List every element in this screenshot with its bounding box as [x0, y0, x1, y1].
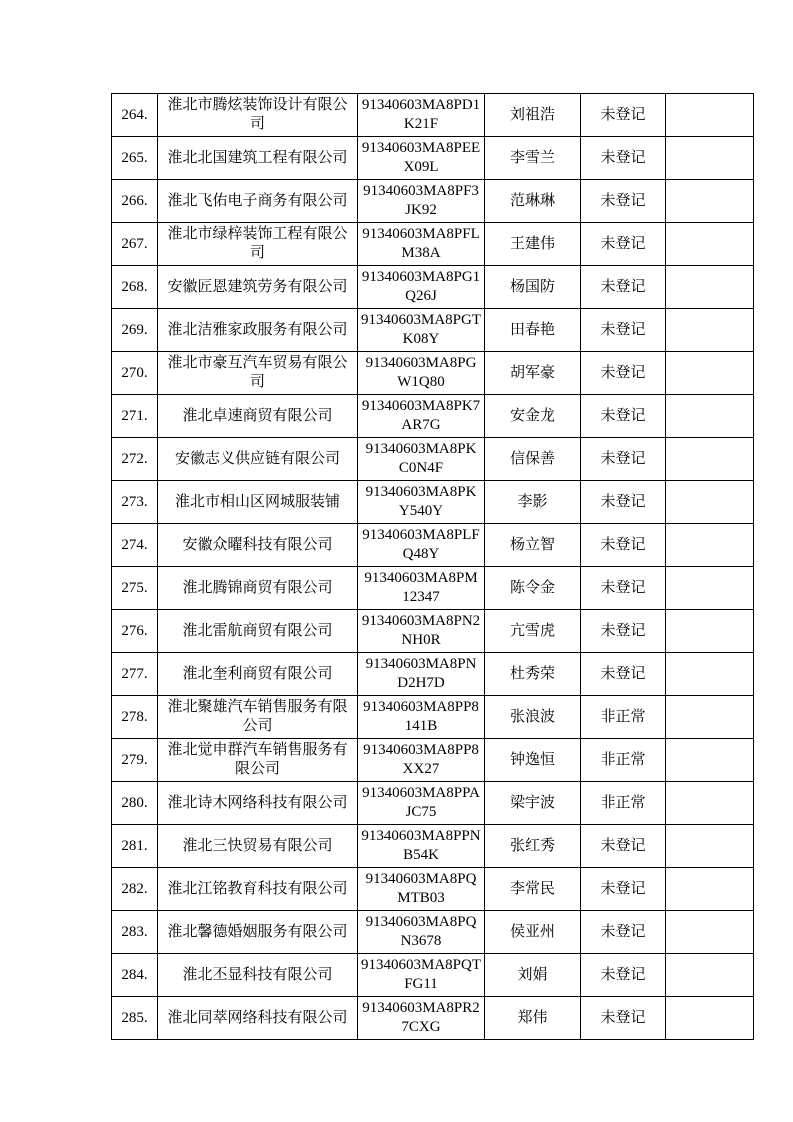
table-row: 270. 淮北市豪互汽车贸易有限公司 91340603MA8PGW1Q80 胡军… — [112, 352, 754, 395]
empty-cell — [666, 266, 754, 309]
status-cell: 未登记 — [581, 954, 666, 997]
status-cell: 未登记 — [581, 395, 666, 438]
status-cell: 未登记 — [581, 825, 666, 868]
person-name-cell: 梁宇波 — [485, 782, 581, 825]
row-number-cell: 279. — [112, 739, 158, 782]
status-cell: 未登记 — [581, 610, 666, 653]
status-cell: 非正常 — [581, 696, 666, 739]
row-number-cell: 273. — [112, 481, 158, 524]
row-number-cell: 265. — [112, 137, 158, 180]
credit-code-cell: 91340603MA8PQN3678 — [358, 911, 485, 954]
empty-cell — [666, 481, 754, 524]
table-row: 264. 淮北市腾炫装饰设计有限公司 91340603MA8PD1K21F 刘祖… — [112, 94, 754, 137]
table-body: 264. 淮北市腾炫装饰设计有限公司 91340603MA8PD1K21F 刘祖… — [112, 94, 754, 1040]
status-cell: 未登记 — [581, 352, 666, 395]
company-name-cell: 淮北丕显科技有限公司 — [158, 954, 358, 997]
empty-cell — [666, 739, 754, 782]
credit-code-cell: 91340603MA8PR27CXG — [358, 997, 485, 1040]
table-row: 274. 安徽众曜科技有限公司 91340603MA8PLFQ48Y 杨立智 未… — [112, 524, 754, 567]
empty-cell — [666, 395, 754, 438]
empty-cell — [666, 223, 754, 266]
company-name-cell: 淮北觉申群汽车销售服务有限公司 — [158, 739, 358, 782]
empty-cell — [666, 825, 754, 868]
table-row: 273. 淮北市相山区网城服装铺 91340603MA8PKY540Y 李影 未… — [112, 481, 754, 524]
status-cell: 未登记 — [581, 997, 666, 1040]
credit-code-cell: 91340603MA8PKY540Y — [358, 481, 485, 524]
company-name-cell: 淮北卓速商贸有限公司 — [158, 395, 358, 438]
empty-cell — [666, 352, 754, 395]
company-name-cell: 淮北聚雄汽车销售服务有限公司 — [158, 696, 358, 739]
credit-code-cell: 91340603MA8PPAJC75 — [358, 782, 485, 825]
row-number-cell: 285. — [112, 997, 158, 1040]
status-cell: 未登记 — [581, 223, 666, 266]
status-cell: 未登记 — [581, 180, 666, 223]
table-row: 272. 安徽志义供应链有限公司 91340603MA8PKC0N4F 信保善 … — [112, 438, 754, 481]
credit-code-cell: 91340603MA8PGW1Q80 — [358, 352, 485, 395]
person-name-cell: 钟逸恒 — [485, 739, 581, 782]
status-cell: 未登记 — [581, 567, 666, 610]
empty-cell — [666, 997, 754, 1040]
status-cell: 未登记 — [581, 137, 666, 180]
status-cell: 非正常 — [581, 739, 666, 782]
table-row: 284. 淮北丕显科技有限公司 91340603MA8PQTFG11 刘娟 未登… — [112, 954, 754, 997]
status-cell: 未登记 — [581, 911, 666, 954]
row-number-cell: 274. — [112, 524, 158, 567]
company-name-cell: 淮北北国建筑工程有限公司 — [158, 137, 358, 180]
credit-code-cell: 91340603MA8PN2NH0R — [358, 610, 485, 653]
person-name-cell: 张红秀 — [485, 825, 581, 868]
person-name-cell: 亢雪虎 — [485, 610, 581, 653]
empty-cell — [666, 309, 754, 352]
table-row: 278. 淮北聚雄汽车销售服务有限公司 91340603MA8PP8141B 张… — [112, 696, 754, 739]
credit-code-cell: 91340603MA8PK7AR7G — [358, 395, 485, 438]
row-number-cell: 283. — [112, 911, 158, 954]
person-name-cell: 范琳琳 — [485, 180, 581, 223]
row-number-cell: 267. — [112, 223, 158, 266]
company-registry-table: 264. 淮北市腾炫装饰设计有限公司 91340603MA8PD1K21F 刘祖… — [111, 93, 754, 1040]
person-name-cell: 杨国防 — [485, 266, 581, 309]
person-name-cell: 信保善 — [485, 438, 581, 481]
company-name-cell: 淮北市绿梓装饰工程有限公司 — [158, 223, 358, 266]
person-name-cell: 安金龙 — [485, 395, 581, 438]
person-name-cell: 郑伟 — [485, 997, 581, 1040]
status-cell: 未登记 — [581, 481, 666, 524]
empty-cell — [666, 438, 754, 481]
row-number-cell: 284. — [112, 954, 158, 997]
person-name-cell: 胡军豪 — [485, 352, 581, 395]
company-name-cell: 淮北市腾炫装饰设计有限公司 — [158, 94, 358, 137]
row-number-cell: 269. — [112, 309, 158, 352]
table-row: 282. 淮北江铭教育科技有限公司 91340603MA8PQMTB03 李常民… — [112, 868, 754, 911]
empty-cell — [666, 137, 754, 180]
row-number-cell: 271. — [112, 395, 158, 438]
status-cell: 未登记 — [581, 94, 666, 137]
row-number-cell: 277. — [112, 653, 158, 696]
table-row: 275. 淮北腾锦商贸有限公司 91340603MA8PM12347 陈令金 未… — [112, 567, 754, 610]
table-row: 268. 安徽匠恩建筑劳务有限公司 91340603MA8PG1Q26J 杨国防… — [112, 266, 754, 309]
credit-code-cell: 91340603MA8PEEX09L — [358, 137, 485, 180]
table-row: 279. 淮北觉申群汽车销售服务有限公司 91340603MA8PP8XX27 … — [112, 739, 754, 782]
credit-code-cell: 91340603MA8PP8141B — [358, 696, 485, 739]
company-name-cell: 淮北奎利商贸有限公司 — [158, 653, 358, 696]
person-name-cell: 刘祖浩 — [485, 94, 581, 137]
person-name-cell: 张浪波 — [485, 696, 581, 739]
empty-cell — [666, 94, 754, 137]
company-name-cell: 安徽志义供应链有限公司 — [158, 438, 358, 481]
table-row: 276. 淮北雷航商贸有限公司 91340603MA8PN2NH0R 亢雪虎 未… — [112, 610, 754, 653]
empty-cell — [666, 696, 754, 739]
row-number-cell: 266. — [112, 180, 158, 223]
credit-code-cell: 91340603MA8PLFQ48Y — [358, 524, 485, 567]
person-name-cell: 李影 — [485, 481, 581, 524]
person-name-cell: 李常民 — [485, 868, 581, 911]
company-name-cell: 淮北馨德婚姻服务有限公司 — [158, 911, 358, 954]
company-name-cell: 淮北江铭教育科技有限公司 — [158, 868, 358, 911]
empty-cell — [666, 567, 754, 610]
company-name-cell: 淮北洁雅家政服务有限公司 — [158, 309, 358, 352]
status-cell: 未登记 — [581, 438, 666, 481]
status-cell: 未登记 — [581, 524, 666, 567]
status-cell: 未登记 — [581, 266, 666, 309]
empty-cell — [666, 653, 754, 696]
document-page: 264. 淮北市腾炫装饰设计有限公司 91340603MA8PD1K21F 刘祖… — [0, 0, 793, 1122]
person-name-cell: 刘娟 — [485, 954, 581, 997]
empty-cell — [666, 610, 754, 653]
table-row: 271. 淮北卓速商贸有限公司 91340603MA8PK7AR7G 安金龙 未… — [112, 395, 754, 438]
person-name-cell: 杨立智 — [485, 524, 581, 567]
empty-cell — [666, 180, 754, 223]
credit-code-cell: 91340603MA8PP8XX27 — [358, 739, 485, 782]
company-name-cell: 淮北三快贸易有限公司 — [158, 825, 358, 868]
person-name-cell: 杜秀荣 — [485, 653, 581, 696]
status-cell: 未登记 — [581, 868, 666, 911]
company-name-cell: 安徽匠恩建筑劳务有限公司 — [158, 266, 358, 309]
person-name-cell: 李雪兰 — [485, 137, 581, 180]
empty-cell — [666, 911, 754, 954]
empty-cell — [666, 954, 754, 997]
company-name-cell: 淮北市豪互汽车贸易有限公司 — [158, 352, 358, 395]
company-name-cell: 淮北腾锦商贸有限公司 — [158, 567, 358, 610]
row-number-cell: 282. — [112, 868, 158, 911]
row-number-cell: 278. — [112, 696, 158, 739]
table-row: 280. 淮北诗木网络科技有限公司 91340603MA8PPAJC75 梁宇波… — [112, 782, 754, 825]
row-number-cell: 281. — [112, 825, 158, 868]
person-name-cell: 侯亚州 — [485, 911, 581, 954]
credit-code-cell: 91340603MA8PD1K21F — [358, 94, 485, 137]
row-number-cell: 276. — [112, 610, 158, 653]
row-number-cell: 268. — [112, 266, 158, 309]
status-cell: 未登记 — [581, 653, 666, 696]
table-row: 266. 淮北飞佑电子商务有限公司 91340603MA8PF3JK92 范琳琳… — [112, 180, 754, 223]
table-row: 267. 淮北市绿梓装饰工程有限公司 91340603MA8PFLM38A 王建… — [112, 223, 754, 266]
company-name-cell: 淮北市相山区网城服装铺 — [158, 481, 358, 524]
company-name-cell: 淮北诗木网络科技有限公司 — [158, 782, 358, 825]
credit-code-cell: 91340603MA8PKC0N4F — [358, 438, 485, 481]
credit-code-cell: 91340603MA8PM12347 — [358, 567, 485, 610]
company-name-cell: 淮北飞佑电子商务有限公司 — [158, 180, 358, 223]
empty-cell — [666, 524, 754, 567]
row-number-cell: 270. — [112, 352, 158, 395]
row-number-cell: 272. — [112, 438, 158, 481]
credit-code-cell: 91340603MA8PQTFG11 — [358, 954, 485, 997]
company-name-cell: 淮北同萃网络科技有限公司 — [158, 997, 358, 1040]
credit-code-cell: 91340603MA8PF3JK92 — [358, 180, 485, 223]
credit-code-cell: 91340603MA8PFLM38A — [358, 223, 485, 266]
table-row: 269. 淮北洁雅家政服务有限公司 91340603MA8PGTK08Y 田春艳… — [112, 309, 754, 352]
row-number-cell: 264. — [112, 94, 158, 137]
person-name-cell: 田春艳 — [485, 309, 581, 352]
credit-code-cell: 91340603MA8PPNB54K — [358, 825, 485, 868]
status-cell: 未登记 — [581, 309, 666, 352]
table-row: 285. 淮北同萃网络科技有限公司 91340603MA8PR27CXG 郑伟 … — [112, 997, 754, 1040]
credit-code-cell: 91340603MA8PQMTB03 — [358, 868, 485, 911]
person-name-cell: 陈令金 — [485, 567, 581, 610]
company-name-cell: 安徽众曜科技有限公司 — [158, 524, 358, 567]
credit-code-cell: 91340603MA8PND2H7D — [358, 653, 485, 696]
person-name-cell: 王建伟 — [485, 223, 581, 266]
credit-code-cell: 91340603MA8PGTK08Y — [358, 309, 485, 352]
table-row: 277. 淮北奎利商贸有限公司 91340603MA8PND2H7D 杜秀荣 未… — [112, 653, 754, 696]
status-cell: 非正常 — [581, 782, 666, 825]
table-row: 265. 淮北北国建筑工程有限公司 91340603MA8PEEX09L 李雪兰… — [112, 137, 754, 180]
row-number-cell: 275. — [112, 567, 158, 610]
table-row: 283. 淮北馨德婚姻服务有限公司 91340603MA8PQN3678 侯亚州… — [112, 911, 754, 954]
table-row: 281. 淮北三快贸易有限公司 91340603MA8PPNB54K 张红秀 未… — [112, 825, 754, 868]
empty-cell — [666, 868, 754, 911]
row-number-cell: 280. — [112, 782, 158, 825]
credit-code-cell: 91340603MA8PG1Q26J — [358, 266, 485, 309]
company-name-cell: 淮北雷航商贸有限公司 — [158, 610, 358, 653]
empty-cell — [666, 782, 754, 825]
